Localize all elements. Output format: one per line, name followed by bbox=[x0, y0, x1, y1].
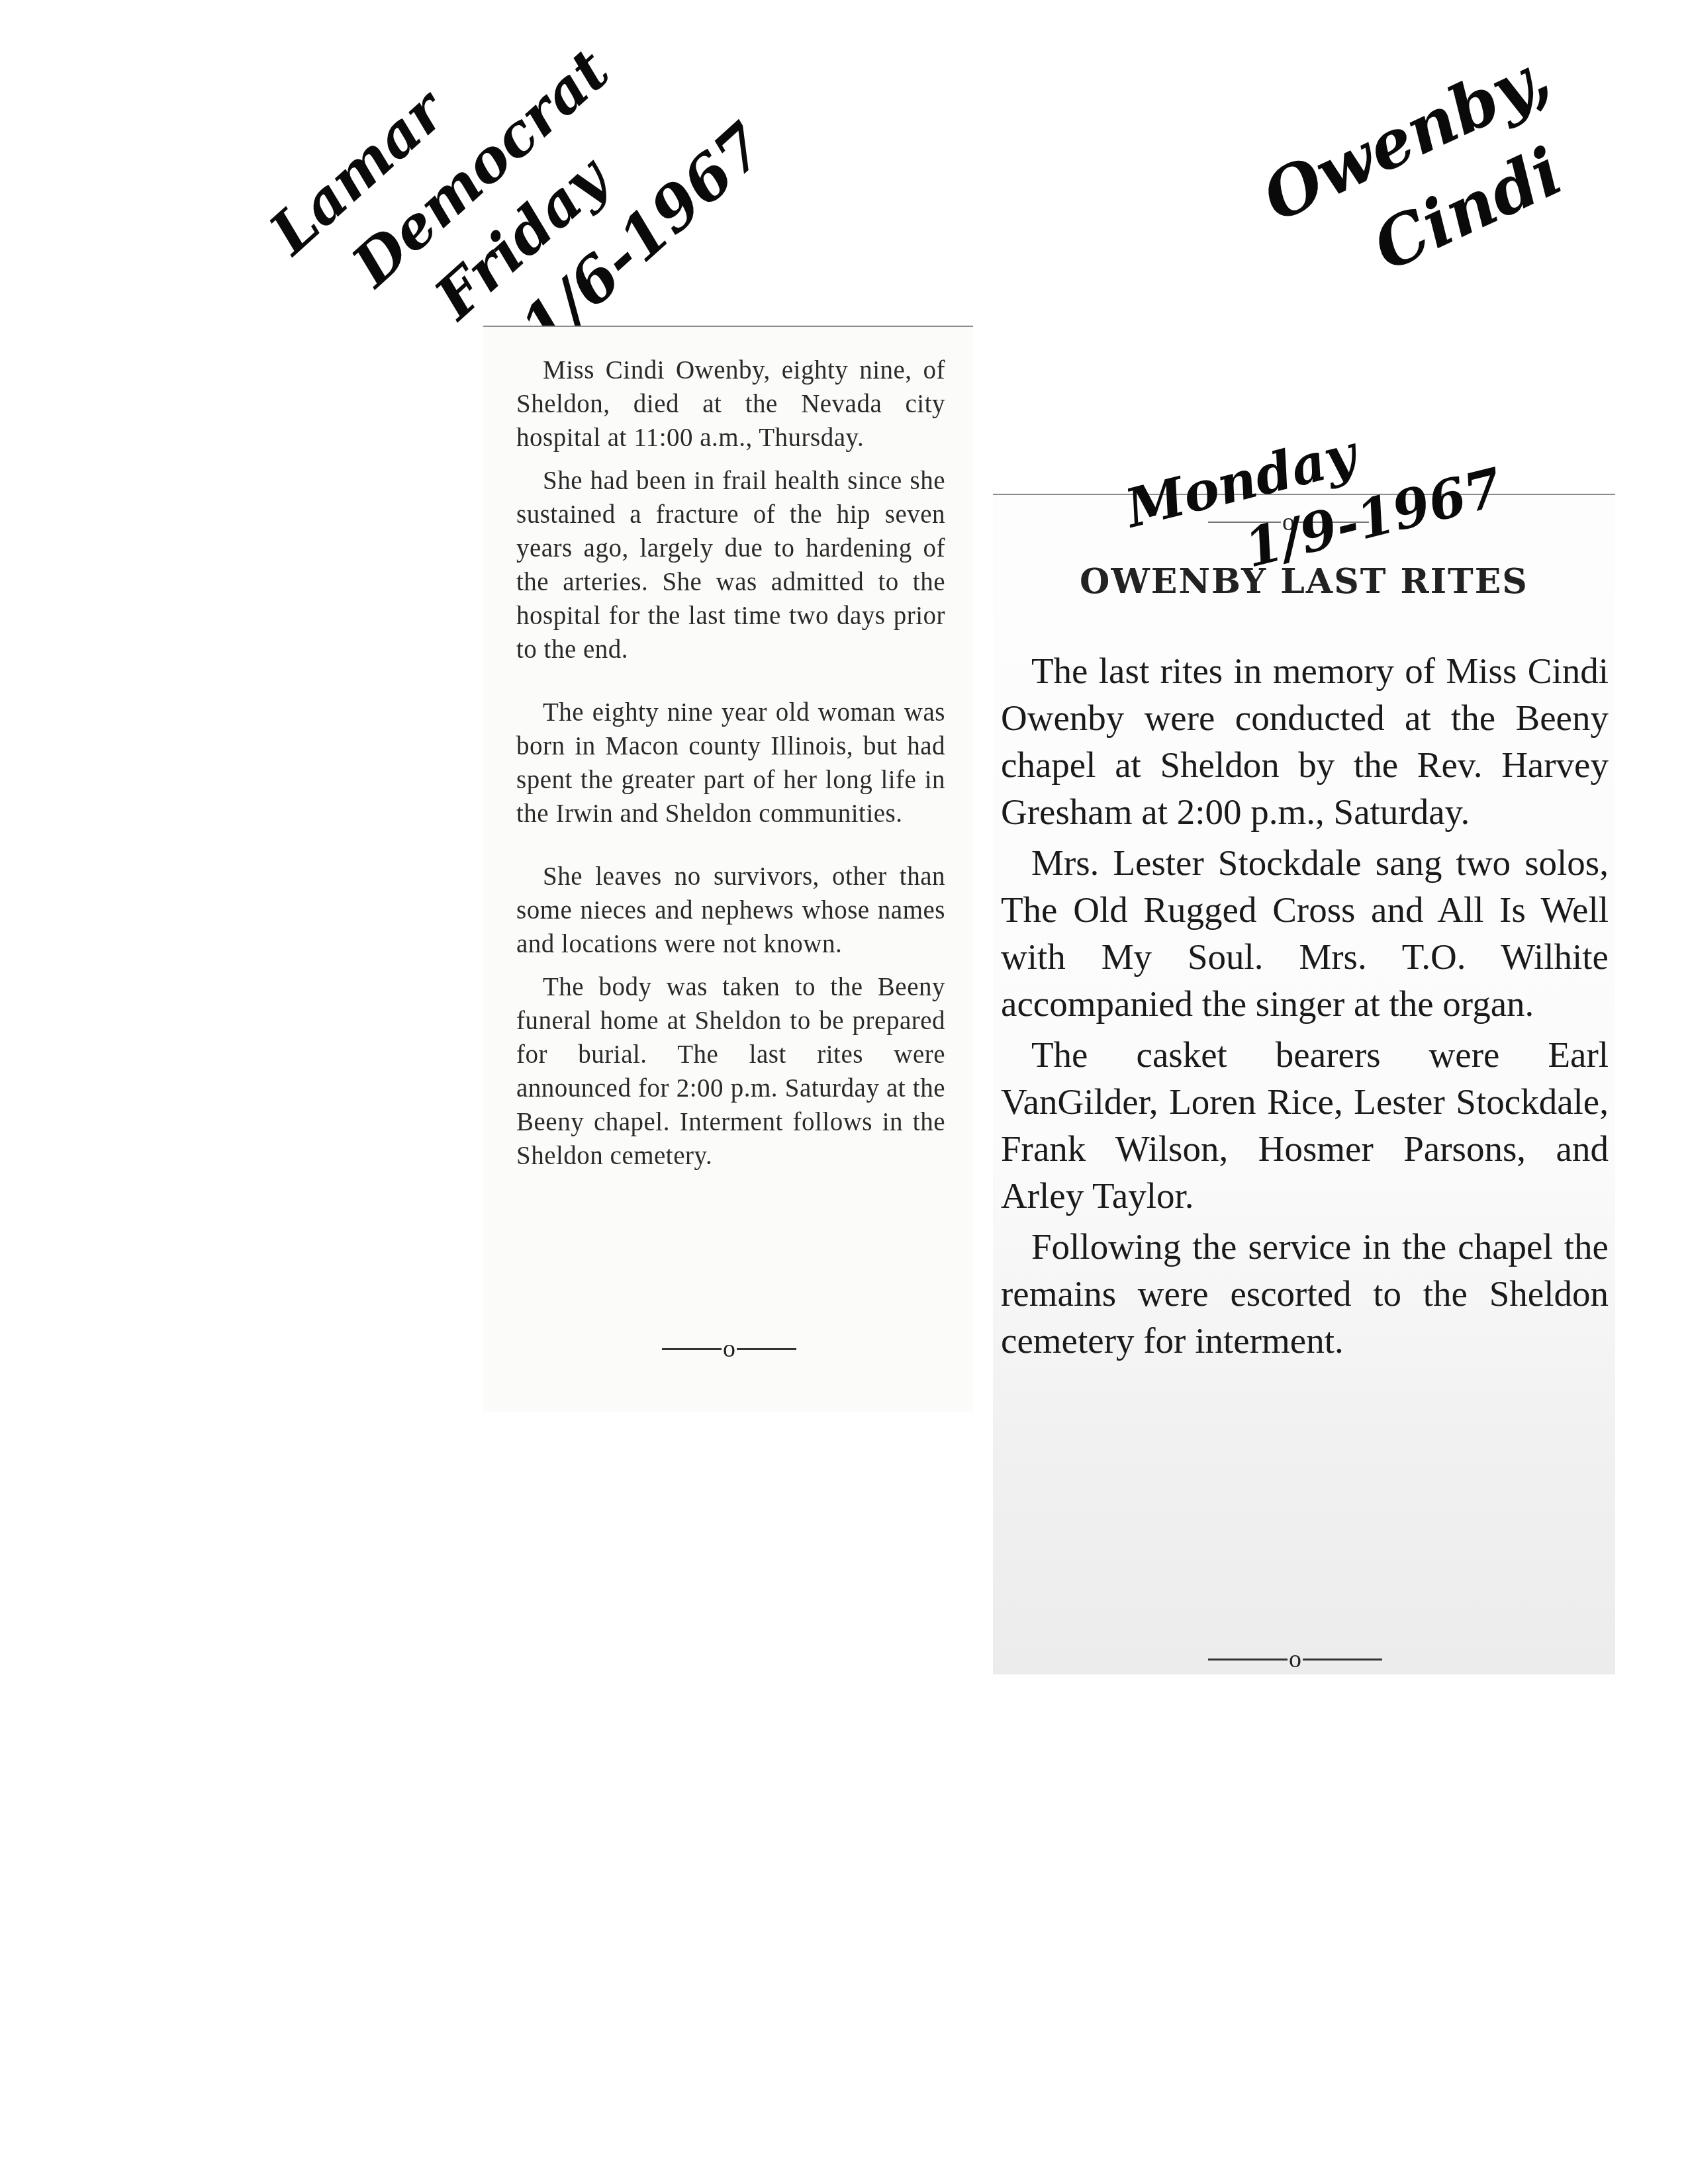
obituary-paragraph: The body was taken to the Beeny funeral … bbox=[516, 970, 945, 1173]
end-divider: o bbox=[662, 1336, 796, 1361]
last-rites-paragraph: The casket bearers were Earl VanGilder, … bbox=[1001, 1031, 1609, 1219]
obituary-paragraph: She leaves no survivors, other than some… bbox=[516, 860, 945, 961]
end-divider: o bbox=[1208, 1647, 1382, 1672]
obituary-clipping: Miss Cindi Owenby, eighty nine, of Sheld… bbox=[483, 326, 973, 1412]
handwritten-subject-note: Owenby, Cindi bbox=[1244, 23, 1602, 324]
obituary-paragraph: The eighty nine year old woman was born … bbox=[516, 696, 945, 831]
divider-mark: o bbox=[1289, 1647, 1301, 1672]
last-rites-paragraph: The last rites in memory of Miss Cindi O… bbox=[1001, 647, 1609, 835]
last-rites-clipping: o OWENBY LAST RITES The last rites in me… bbox=[993, 494, 1615, 1674]
divider-rule bbox=[737, 1348, 796, 1350]
last-rites-paragraph: Mrs. Lester Stockdale sang two solos, Th… bbox=[1001, 839, 1609, 1027]
divider-rule bbox=[662, 1348, 722, 1350]
obituary-paragraph: She had been in frail health since she s… bbox=[516, 464, 945, 666]
divider-mark: o bbox=[723, 1336, 735, 1361]
last-rites-paragraph: Following the service in the chapel the … bbox=[1001, 1223, 1609, 1364]
obituary-text: Miss Cindi Owenby, eighty nine, of Sheld… bbox=[516, 353, 945, 1182]
last-rites-text: The last rites in memory of Miss Cindi O… bbox=[1001, 647, 1609, 1364]
divider-rule bbox=[1208, 1659, 1288, 1661]
obituary-paragraph: Miss Cindi Owenby, eighty nine, of Sheld… bbox=[516, 353, 945, 455]
divider-rule bbox=[1303, 1659, 1382, 1661]
